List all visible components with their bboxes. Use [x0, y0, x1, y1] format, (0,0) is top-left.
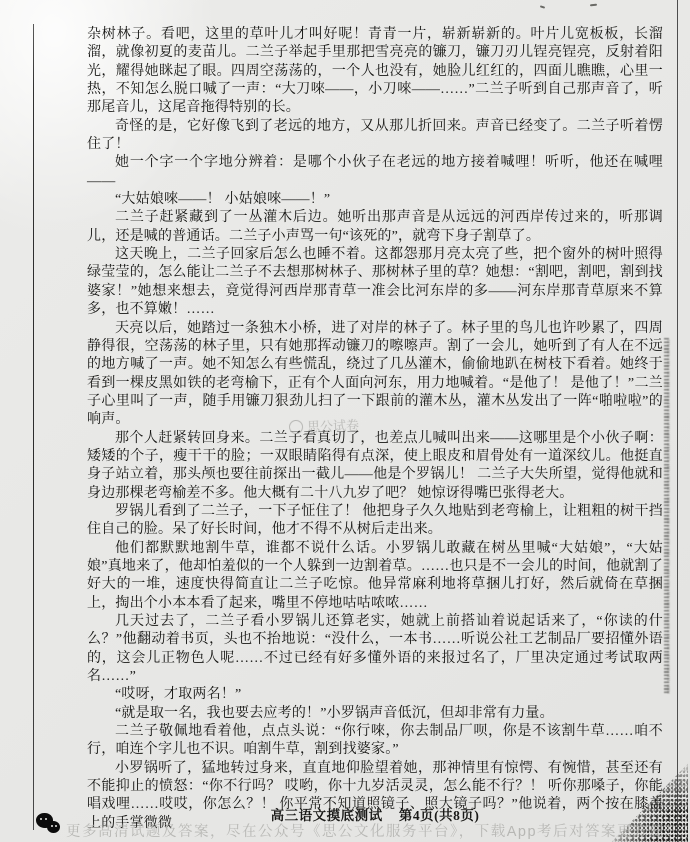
paragraph: 天亮以后，她踏过一条独木小桥，进了对岸的林子了。林子里的鸟儿也许吵累了，四周静得… — [87, 320, 663, 430]
paragraph: 杂树林子。看吧，这里的草叶儿才叫好呢！青青一片，崭新崭新的。叶片儿宽板板，长溜溜… — [87, 26, 663, 118]
right-page-edge-line — [677, 0, 678, 842]
paragraph: “就是取一名，我也要去应考的！”小罗锅声音低沉，但却非常有力量。 — [87, 705, 663, 723]
left-fold-line-artifact — [33, 24, 34, 830]
promo-watermark-banner: 更多高清试题及答案，尽在公众号《思公文化服务平台》，下载App考后对答案更方便！ — [66, 820, 666, 841]
reading-passage: 杂树林子。看吧，这里的草叶儿才叫好呢！青青一片，崭新崭新的。叶片儿宽板板，长溜溜… — [87, 26, 663, 833]
paragraph: 这天晚上，二兰子回家后怎么也睡不着。这都怨那月亮太亮了些，把个窗外的树叶照得绿莹… — [87, 246, 663, 319]
paragraph: “哎呀，才取两名！” — [87, 686, 663, 704]
paragraph: “大姑娘唻——！ 小姑娘唻——！” — [87, 191, 663, 209]
paragraph: 她一个字一个字地分辨着：是哪个小伙子在老远的地方接着喊哩！听听，他还在喊哩—— — [87, 154, 663, 191]
right-edge-bleed-text-artifact — [663, 338, 672, 694]
paragraph: 他们都默默地割牛草，谁都不说什么话。小罗锅儿敢藏在树丛里喊“大姑娘”，“大姑娘”… — [87, 540, 663, 613]
paragraph: 那个人赶紧转回身来。二兰子看真切了，也差点儿喊叫出来——这哪里是个小伙子啊：矮矮… — [87, 430, 663, 503]
stamp-ring-icon — [289, 419, 303, 433]
paragraph: 奇怪的是，它好像飞到了老远的地方，又从那儿折回来。声音已经变了。二兰子听着愣住了… — [87, 118, 663, 155]
wechat-logo-icon — [36, 813, 64, 837]
stamp-text: 思公试卷 — [307, 415, 360, 436]
paragraph: 二兰子敬佩地看着他，点点头说：“你行唻，你去制品厂呗，你是不该割牛草……咱不行，… — [87, 723, 663, 760]
paragraph: 二兰子赶紧藏到了一丛灌木后边。她听出那声音是从远远的河西岸传过来的，听那调儿，还… — [87, 209, 663, 246]
paragraph: 罗锅儿看到了二兰子，一下子怔住了！ 他把身子久久地贴到老弯榆上，让粗粗的树干挡住… — [87, 503, 663, 540]
paragraph: 几天过去了，二兰子看小罗锅儿还算老实，她就上前搭讪着说起话来了，“你读的什么？”… — [87, 613, 663, 686]
publisher-stamp-watermark: 思公试卷 — [289, 415, 360, 436]
